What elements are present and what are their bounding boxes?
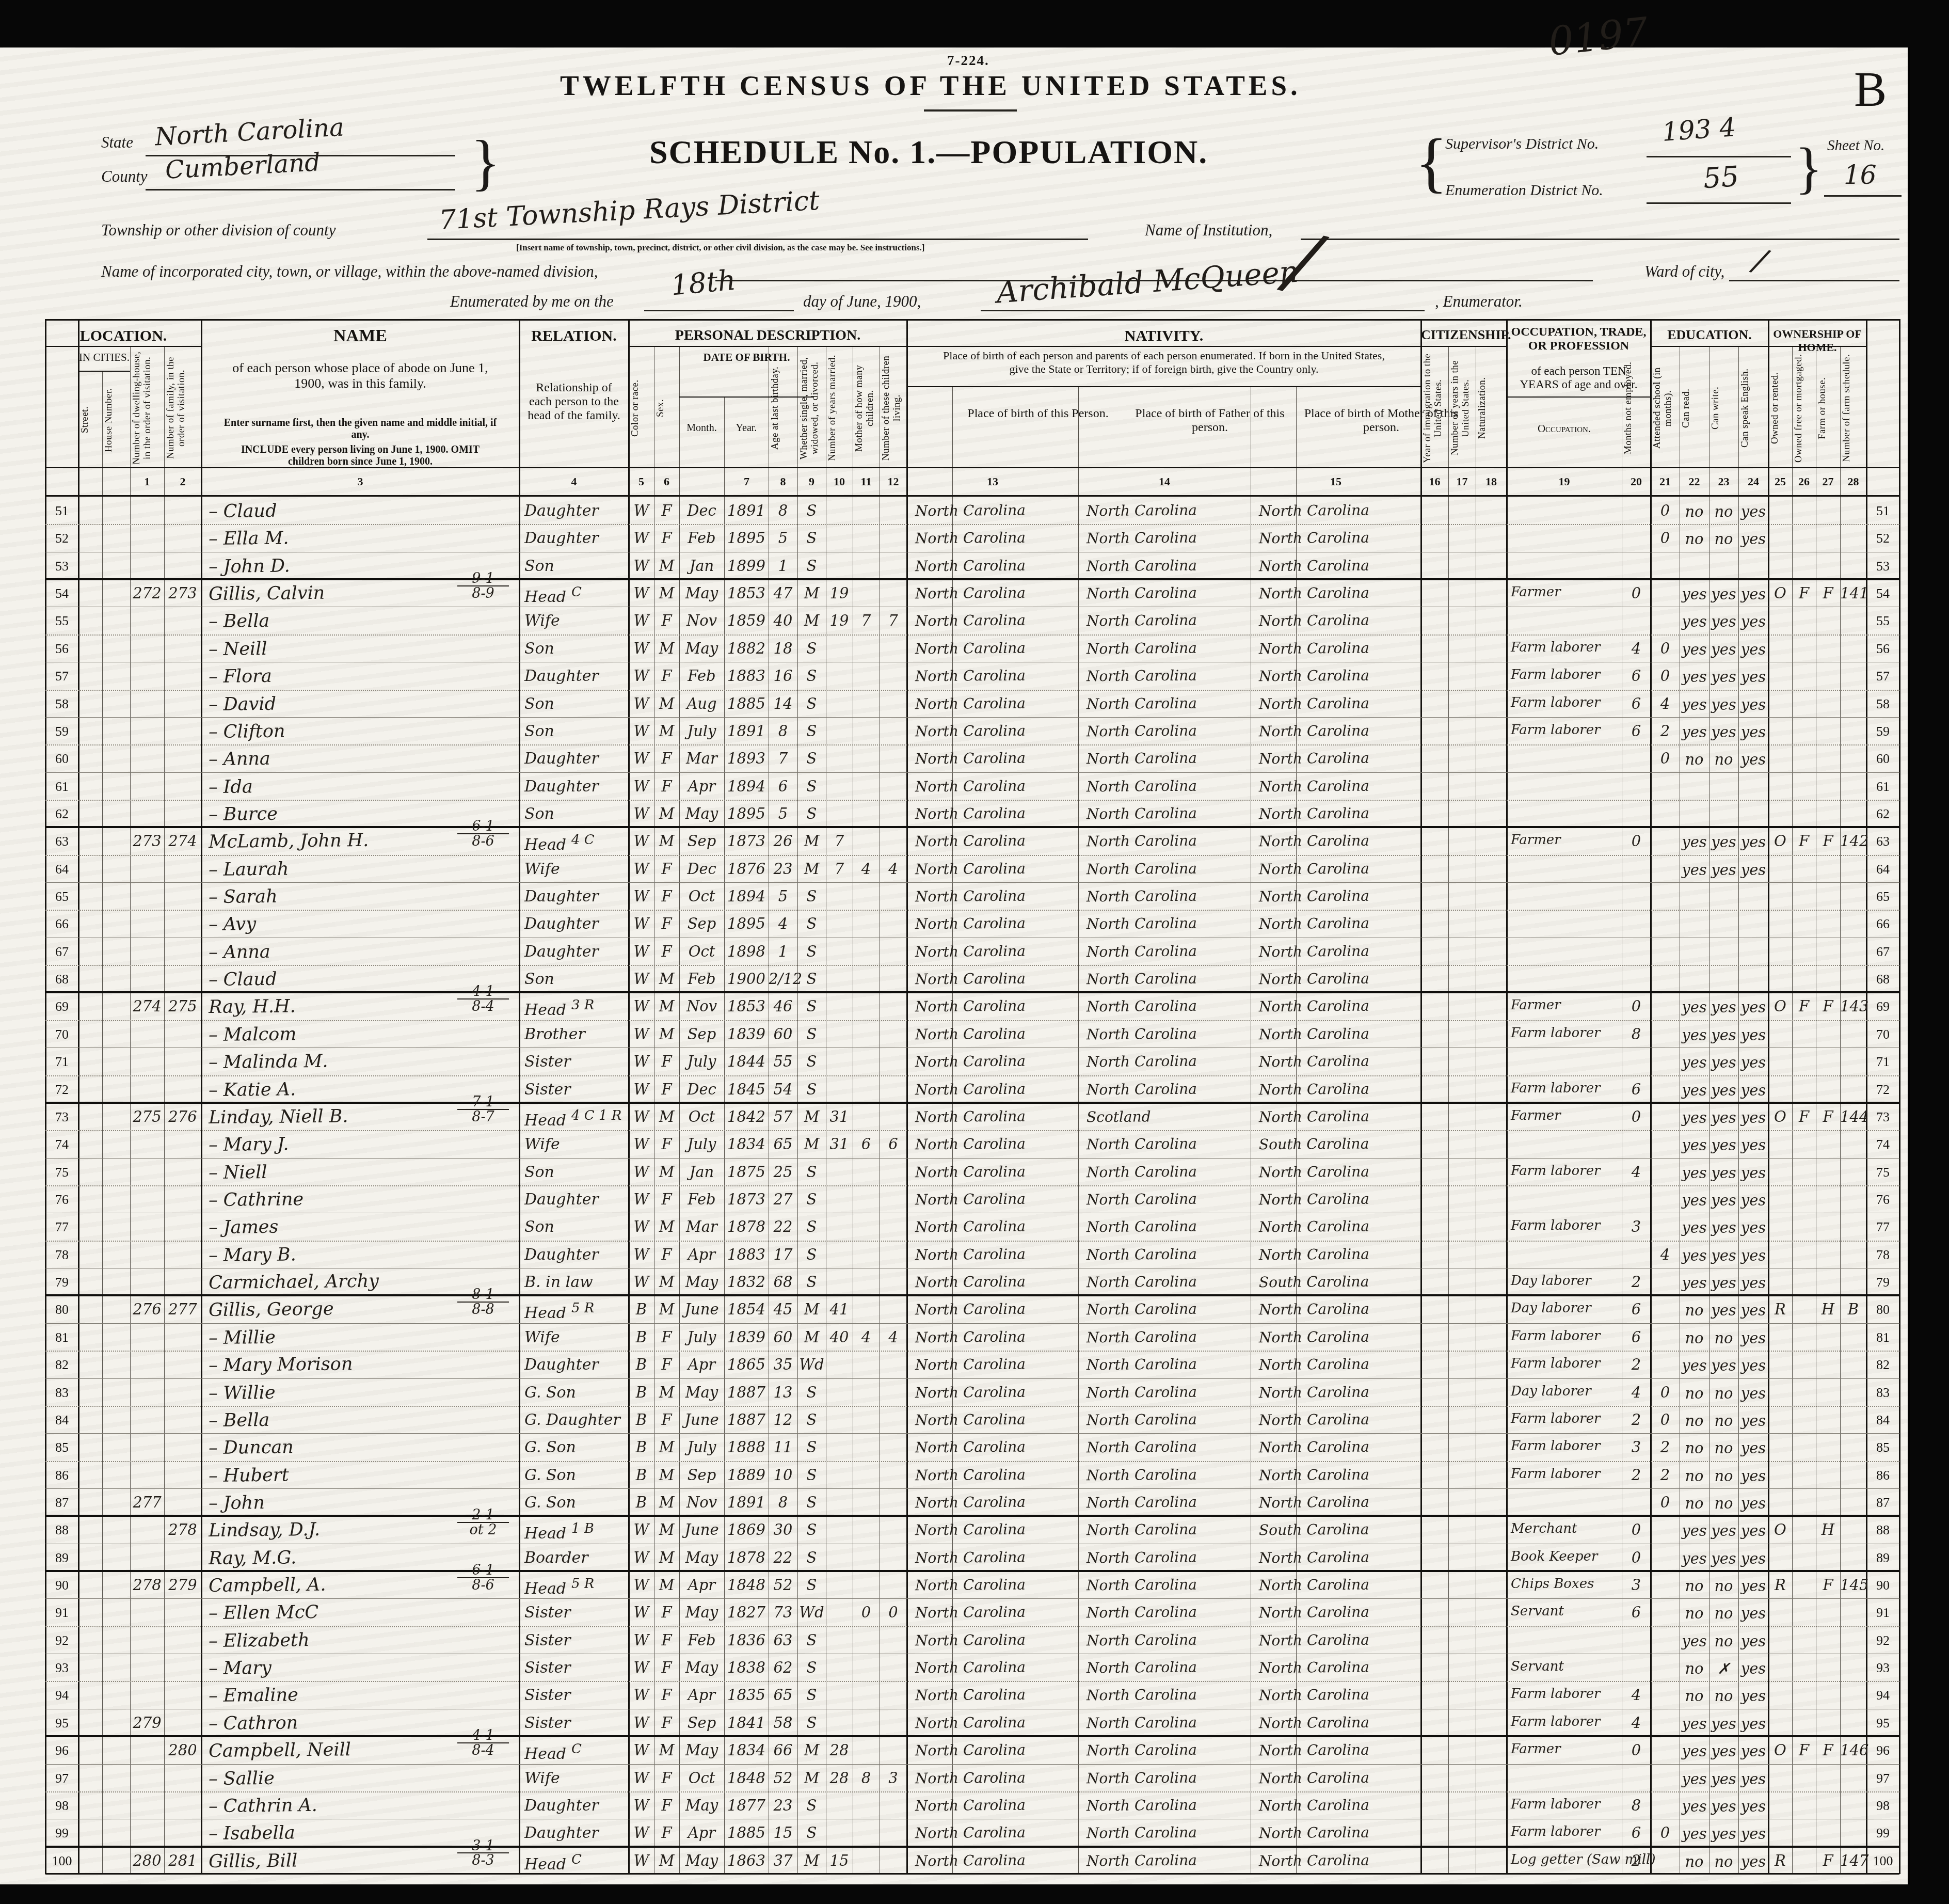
cell-relation: Son — [524, 1218, 626, 1236]
cell-mn: 2 — [1622, 1852, 1651, 1869]
cell-en: yes — [1738, 1302, 1768, 1319]
enumerated-mid: day of June, 1900, — [803, 292, 921, 311]
cell-mc: 0 — [853, 1604, 880, 1621]
name-column-title: NAME — [201, 326, 519, 346]
cell-p3: North Carolina — [1259, 694, 1419, 712]
cell-o3: F — [1816, 997, 1840, 1015]
cell-sc: 0 — [1651, 529, 1680, 547]
cell-name: – Hubert — [209, 1462, 514, 1486]
cell-p1: North Carolina — [915, 1741, 1076, 1759]
column-number-14: 14 — [1078, 475, 1251, 488]
cell-bm: Oct — [679, 1769, 724, 1787]
cell-en: yes — [1738, 1742, 1768, 1760]
cell-wr: yes — [1709, 1715, 1738, 1733]
cell-name: – Anna — [209, 939, 514, 963]
cell-p1: North Carolina — [915, 1438, 1076, 1456]
cell-name: – Neill — [209, 636, 514, 660]
street-header: Street. — [80, 373, 101, 467]
cell-o2: F — [1792, 584, 1816, 602]
cell-by: 1900 — [724, 970, 769, 988]
cell-a: 15 — [769, 1824, 797, 1842]
cell-occupation: Servant — [1511, 1604, 1621, 1619]
cell-m: S — [797, 1025, 826, 1043]
cell-p2: North Carolina — [1087, 1273, 1249, 1291]
cell-f: 273 — [164, 584, 201, 602]
cell-c: W — [629, 1797, 654, 1814]
cell-a: 8 — [769, 502, 797, 519]
ward-line — [1729, 280, 1899, 281]
cell-wr: no — [1709, 1632, 1738, 1650]
cell-s: F — [654, 1686, 679, 1704]
cell-relation: Daughter — [524, 778, 626, 796]
cell-a: 8 — [769, 1494, 797, 1511]
institution-line — [1301, 239, 1899, 240]
cell-by: 1895 — [724, 915, 769, 932]
cell-bm: June — [679, 1411, 724, 1429]
line-number-right: 78 — [1866, 1247, 1899, 1263]
cell-en: yes — [1738, 1412, 1768, 1430]
cell-p3: North Carolina — [1259, 914, 1419, 933]
cell-p3: North Carolina — [1259, 859, 1419, 878]
cell-wr: yes — [1709, 585, 1738, 603]
cell-c: W — [629, 1273, 654, 1291]
cell-a: 12 — [769, 1411, 797, 1429]
cell-c: B — [629, 1328, 654, 1346]
cell-c: W — [629, 1631, 654, 1649]
cell-c: W — [629, 1852, 654, 1869]
row-separator — [45, 1075, 1899, 1076]
cell-bm: Sep — [679, 1714, 724, 1732]
cell-p1: North Carolina — [915, 1548, 1076, 1566]
row-separator — [45, 1241, 1899, 1242]
column-number-1: 1 — [130, 475, 164, 488]
cell-wr: yes — [1709, 668, 1738, 686]
enumerated-pre: Enumerated by me on the — [450, 292, 614, 311]
naturalization-header: Naturalization. — [1477, 349, 1505, 467]
free-or-mortgaged-header: Owned free or mortgaged. — [1794, 349, 1814, 467]
nativity-group-desc: Place of birth of each person and parent… — [933, 349, 1395, 376]
line-number-right: 71 — [1866, 1054, 1899, 1070]
row-separator — [45, 1185, 1899, 1186]
cell-ym: 31 — [826, 1108, 853, 1125]
cell-wr: yes — [1709, 998, 1738, 1016]
cell-bm: Nov — [679, 1494, 724, 1511]
cell-s: F — [654, 1356, 679, 1373]
cell-p3: South Carolina — [1259, 1520, 1419, 1539]
row-separator — [45, 524, 1899, 525]
cell-f: 277 — [164, 1300, 201, 1318]
cell-p2: North Carolina — [1087, 722, 1249, 740]
cell-en: yes — [1738, 833, 1768, 851]
header-line — [1421, 346, 1507, 347]
column-number-22: 22 — [1680, 475, 1709, 488]
line-number-left: 100 — [45, 1853, 78, 1869]
cell-by: 1888 — [724, 1438, 769, 1456]
cell-o2: F — [1792, 832, 1816, 850]
cell-p1: North Carolina — [915, 1520, 1076, 1539]
cell-by: 1893 — [724, 750, 769, 767]
cell-by: 1863 — [724, 1852, 769, 1869]
cell-relation: Daughter — [524, 750, 626, 768]
cell-en: yes — [1738, 1522, 1768, 1540]
cell-c: W — [629, 1135, 654, 1153]
cell-mc: 8 — [853, 1769, 880, 1787]
cell-sc: 0 — [1651, 1411, 1680, 1429]
cell-m: M — [797, 832, 826, 850]
cell-bm: Jan — [679, 557, 724, 575]
years-married-header: Number of years married. — [827, 349, 851, 467]
cell-p1: North Carolina — [915, 859, 1076, 878]
cell-mn: 3 — [1622, 1438, 1651, 1456]
cell-bm: July — [679, 1053, 724, 1070]
cell-p3: North Carolina — [1259, 1217, 1419, 1236]
cell-p2: North Carolina — [1087, 1548, 1249, 1566]
cell-p2: North Carolina — [1087, 1245, 1249, 1263]
cell-wr: no — [1709, 1577, 1738, 1595]
line-number-right: 62 — [1866, 806, 1899, 822]
cell-en: yes — [1738, 998, 1768, 1016]
cell-c: B — [629, 1411, 654, 1429]
line-number-right: 96 — [1866, 1743, 1899, 1758]
header-line — [629, 346, 907, 347]
cell-m: M — [797, 612, 826, 629]
cell-p3: North Carolina — [1259, 1052, 1419, 1071]
cell-p2: North Carolina — [1087, 1851, 1249, 1869]
line-number-right: 53 — [1866, 559, 1899, 574]
cell-mc: 4 — [853, 860, 880, 878]
can-speak-english-header: Can speak English. — [1740, 349, 1767, 467]
cell-bm: June — [679, 1300, 724, 1318]
cell-p1: North Carolina — [915, 694, 1076, 712]
cell-rd: yes — [1680, 1825, 1709, 1843]
cell-mc: 4 — [853, 1328, 880, 1346]
name-tally-annotation: 9-18-9 — [457, 572, 509, 600]
cell-en: yes — [1738, 1192, 1768, 1209]
cell-p3: North Carolina — [1259, 1603, 1419, 1622]
cell-s: M — [654, 1218, 679, 1235]
cell-name: – Avy — [209, 911, 514, 935]
cell-o1: O — [1768, 584, 1792, 602]
cell-wr: no — [1709, 1439, 1738, 1457]
cell-occupation: Farm laborer — [1511, 695, 1621, 710]
cell-mn: 4 — [1622, 1714, 1651, 1732]
cell-c: W — [629, 1025, 654, 1043]
cell-relation: Head4 C — [524, 832, 626, 854]
cell-wr: yes — [1709, 1274, 1738, 1292]
line-number-left: 78 — [45, 1247, 78, 1263]
line-number-right: 91 — [1866, 1605, 1899, 1621]
color-race-header: Color or race. — [630, 349, 652, 467]
column-number-26: 26 — [1792, 475, 1816, 488]
cell-c: W — [629, 1081, 654, 1098]
cell-s: F — [654, 778, 679, 795]
cell-p1: North Carolina — [915, 776, 1076, 795]
cell-by: 1827 — [724, 1604, 769, 1621]
cell-mn: 0 — [1622, 1108, 1651, 1125]
cell-en: yes — [1738, 1164, 1768, 1182]
cell-p3: North Carolina — [1259, 1851, 1419, 1869]
cell-o2: F — [1792, 1108, 1816, 1125]
cell-bm: July — [679, 1328, 724, 1346]
cell-m: S — [797, 1797, 826, 1814]
cell-occupation: Farmer — [1511, 832, 1621, 848]
grid-line — [853, 346, 853, 1874]
cell-occupation: Farm laborer — [1511, 1438, 1621, 1454]
cell-name: – Bella — [209, 1407, 514, 1431]
cell-o3: H — [1816, 1300, 1840, 1318]
cell-name: – Elizabeth — [209, 1628, 514, 1652]
cell-mn: 2 — [1622, 1466, 1651, 1484]
cell-by: 1848 — [724, 1769, 769, 1787]
cell-f: 279 — [164, 1576, 201, 1594]
cell-c: W — [629, 970, 654, 988]
cell-en: yes — [1738, 1825, 1768, 1843]
table-top-border — [45, 319, 1899, 321]
cell-c: W — [629, 1824, 654, 1842]
cell-o1: O — [1768, 1521, 1792, 1538]
cell-c: W — [629, 502, 654, 519]
cell-d: 277 — [130, 1494, 164, 1511]
cell-relation: Wife — [524, 1328, 626, 1346]
cell-relation: G. Son — [524, 1466, 626, 1484]
line-number-left: 51 — [45, 503, 78, 519]
cell-o3: F — [1816, 1852, 1840, 1869]
cell-sc: 2 — [1651, 722, 1680, 740]
cell-p2: North Carolina — [1087, 1024, 1249, 1043]
cell-rd: no — [1680, 1577, 1709, 1595]
cell-rd: yes — [1680, 1274, 1709, 1292]
line-number-left: 57 — [45, 669, 78, 684]
cell-mn: 0 — [1622, 997, 1651, 1015]
page-title: TWELFTH CENSUS OF THE UNITED STATES. — [560, 69, 1301, 102]
schedule-title: SCHEDULE No. 1.—POPULATION. — [649, 133, 1208, 171]
cell-c: W — [629, 640, 654, 657]
cell-wr: yes — [1709, 723, 1738, 741]
cell-relation: Boarder — [524, 1549, 626, 1567]
cell-m: S — [797, 997, 826, 1015]
cell-o3: F — [1816, 1108, 1840, 1125]
family-separator — [45, 578, 1899, 580]
cell-p1: North Carolina — [915, 556, 1076, 575]
cell-occupation: Farm laborer — [1511, 640, 1621, 655]
cell-cl: 3 — [880, 1769, 907, 1787]
cell-wr: yes — [1709, 1357, 1738, 1374]
cell-c: W — [629, 529, 654, 547]
cell-m: S — [797, 529, 826, 547]
county-label: County — [101, 167, 148, 186]
cell-rd: yes — [1680, 1770, 1709, 1788]
cell-sc: 0 — [1651, 750, 1680, 767]
cell-name: – Bella — [209, 608, 514, 632]
cell-relation: Son — [524, 557, 626, 575]
cell-relation: Daughter — [524, 1246, 626, 1264]
cell-by: 1883 — [724, 667, 769, 685]
cell-relation: Daughter — [524, 1191, 626, 1209]
cell-rd: yes — [1680, 696, 1709, 713]
cell-rd: no — [1680, 751, 1709, 768]
cell-relation: Head5 R — [524, 1300, 626, 1322]
cell-m: Wd — [797, 1356, 826, 1373]
cell-s: M — [654, 970, 679, 988]
cell-p2: North Carolina — [1087, 639, 1249, 657]
nativity-group-title: NATIVITY. — [907, 327, 1421, 345]
cell-wr: yes — [1709, 1825, 1738, 1843]
line-number-left: 74 — [45, 1137, 78, 1152]
line-number-right: 57 — [1866, 669, 1899, 684]
cell-relation: Daughter — [524, 1356, 626, 1374]
cell-rd: no — [1680, 1302, 1709, 1319]
cell-a: 47 — [769, 584, 797, 602]
cell-wr: yes — [1709, 1082, 1738, 1099]
line-number-left: 76 — [45, 1192, 78, 1208]
cell-m: S — [797, 970, 826, 988]
cell-rd: yes — [1680, 668, 1709, 686]
cell-s: M — [654, 1852, 679, 1869]
cell-p2: North Carolina — [1087, 1520, 1249, 1539]
line-number-left: 70 — [45, 1027, 78, 1042]
cell-s: F — [654, 1411, 679, 1429]
cell-o4: B — [1840, 1300, 1866, 1318]
cell-p1: North Carolina — [915, 942, 1076, 960]
cell-wr: yes — [1709, 1192, 1738, 1209]
cell-wr: yes — [1709, 1109, 1738, 1126]
cell-name: – Cathrin A. — [209, 1793, 514, 1817]
cell-wr: yes — [1709, 1026, 1738, 1044]
line-number-right: 94 — [1866, 1688, 1899, 1703]
line-number-right: 79 — [1866, 1275, 1899, 1290]
cell-wr: yes — [1709, 1798, 1738, 1815]
cell-p1: North Carolina — [915, 1024, 1076, 1043]
cell-p3: South Carolina — [1259, 1135, 1419, 1153]
year-label: Year. — [724, 422, 769, 434]
cell-en: yes — [1738, 585, 1768, 603]
cell-c: W — [629, 1053, 654, 1070]
cell-f: 275 — [164, 997, 201, 1015]
cell-wr: no — [1709, 751, 1738, 768]
cell-bm: Sep — [679, 1025, 724, 1043]
cell-by: 1887 — [724, 1411, 769, 1429]
cell-p3: North Carolina — [1259, 1190, 1419, 1209]
sheet-value: 16 — [1844, 160, 1877, 190]
cell-p1: North Carolina — [915, 1603, 1076, 1622]
row-separator — [45, 1351, 1899, 1352]
cell-bm: Sep — [679, 1466, 724, 1484]
row-separator — [45, 1020, 1899, 1021]
scan-band-right — [1910, 0, 1949, 1904]
cell-en: yes — [1738, 1385, 1768, 1402]
cell-p3: North Carolina — [1259, 1162, 1419, 1181]
cell-mc: 6 — [853, 1135, 880, 1153]
line-number-right: 76 — [1866, 1192, 1899, 1208]
line-number-right: 61 — [1866, 779, 1899, 795]
cell-relation: G. Son — [524, 1384, 626, 1402]
row-separator — [45, 1378, 1899, 1379]
line-number-right: 59 — [1866, 724, 1899, 739]
cell-c: W — [629, 557, 654, 575]
cell-p1: North Carolina — [915, 970, 1076, 988]
cell-by: 1842 — [724, 1108, 769, 1125]
cell-by: 1834 — [724, 1741, 769, 1759]
cell-a: 60 — [769, 1328, 797, 1346]
column-number-11: 11 — [853, 475, 880, 488]
line-number-right: 54 — [1866, 586, 1899, 601]
line-number-right: 72 — [1866, 1082, 1899, 1098]
cell-c: B — [629, 1438, 654, 1456]
cell-o4: 142 — [1840, 832, 1866, 850]
cell-m: Wd — [797, 1604, 826, 1621]
cell-rd: yes — [1680, 1192, 1709, 1209]
line-number-left: 97 — [45, 1771, 78, 1786]
row-separator — [45, 1709, 1899, 1709]
cell-en: yes — [1738, 668, 1768, 686]
township-label: Township or other division of county — [101, 221, 336, 240]
line-number-left: 86 — [45, 1468, 78, 1483]
cell-p3: North Carolina — [1259, 1465, 1419, 1484]
cell-en: yes — [1738, 1853, 1768, 1870]
cell-p1: North Carolina — [915, 1107, 1076, 1126]
row-separator — [45, 552, 1899, 552]
cell-by: 1883 — [724, 1246, 769, 1263]
cell-rd: yes — [1680, 833, 1709, 851]
cell-a: 23 — [769, 1797, 797, 1814]
cell-mn: 2 — [1622, 1273, 1651, 1291]
cell-en: yes — [1738, 641, 1768, 658]
line-number-left: 87 — [45, 1495, 78, 1511]
cell-mn: 8 — [1622, 1025, 1651, 1043]
cell-s: F — [654, 943, 679, 960]
form-number: 7-224. — [947, 53, 989, 69]
cell-c: W — [629, 887, 654, 905]
cell-wr: no — [1709, 1329, 1738, 1347]
cell-c: B — [629, 1356, 654, 1373]
city-label: Name of incorporated city, town, or vill… — [101, 262, 598, 281]
cell-a: 5 — [769, 529, 797, 547]
line-number-right: 64 — [1866, 862, 1899, 877]
cell-a: 22 — [769, 1549, 797, 1566]
line-number-right: 90 — [1866, 1578, 1899, 1593]
row-separator — [45, 1268, 1899, 1268]
cell-c: W — [629, 915, 654, 932]
cell-name: – Ida — [209, 773, 514, 797]
cell-wr: no — [1709, 1495, 1738, 1512]
family-separator — [45, 1846, 1899, 1848]
cell-m: S — [797, 1053, 826, 1070]
sheet-label: Sheet No. — [1827, 137, 1884, 154]
cell-a: 60 — [769, 1025, 797, 1043]
grid-line — [1420, 319, 1422, 1874]
cell-bm: May — [679, 1273, 724, 1291]
cell-wr: no — [1709, 503, 1738, 520]
cell-occupation: Farm laborer — [1511, 1466, 1621, 1482]
cell-s: M — [654, 1384, 679, 1401]
cell-rd: yes — [1680, 1054, 1709, 1071]
cell-p1: North Carolina — [915, 1713, 1076, 1732]
cell-c: B — [629, 1300, 654, 1318]
cell-bm: May — [679, 584, 724, 602]
cell-m: S — [797, 778, 826, 795]
cell-by: 1878 — [724, 1218, 769, 1235]
cell-relation: HeadC — [524, 1852, 626, 1874]
cell-m: S — [797, 1576, 826, 1594]
cell-en: yes — [1738, 1770, 1768, 1788]
cell-by: 1894 — [724, 887, 769, 905]
cell-relation: Daughter — [524, 1824, 626, 1842]
cell-mn: 6 — [1622, 1081, 1651, 1098]
cell-relation: Daughter — [524, 502, 626, 520]
row-separator — [45, 938, 1899, 938]
line-number-left: 67 — [45, 944, 78, 960]
cell-c: W — [629, 1741, 654, 1759]
